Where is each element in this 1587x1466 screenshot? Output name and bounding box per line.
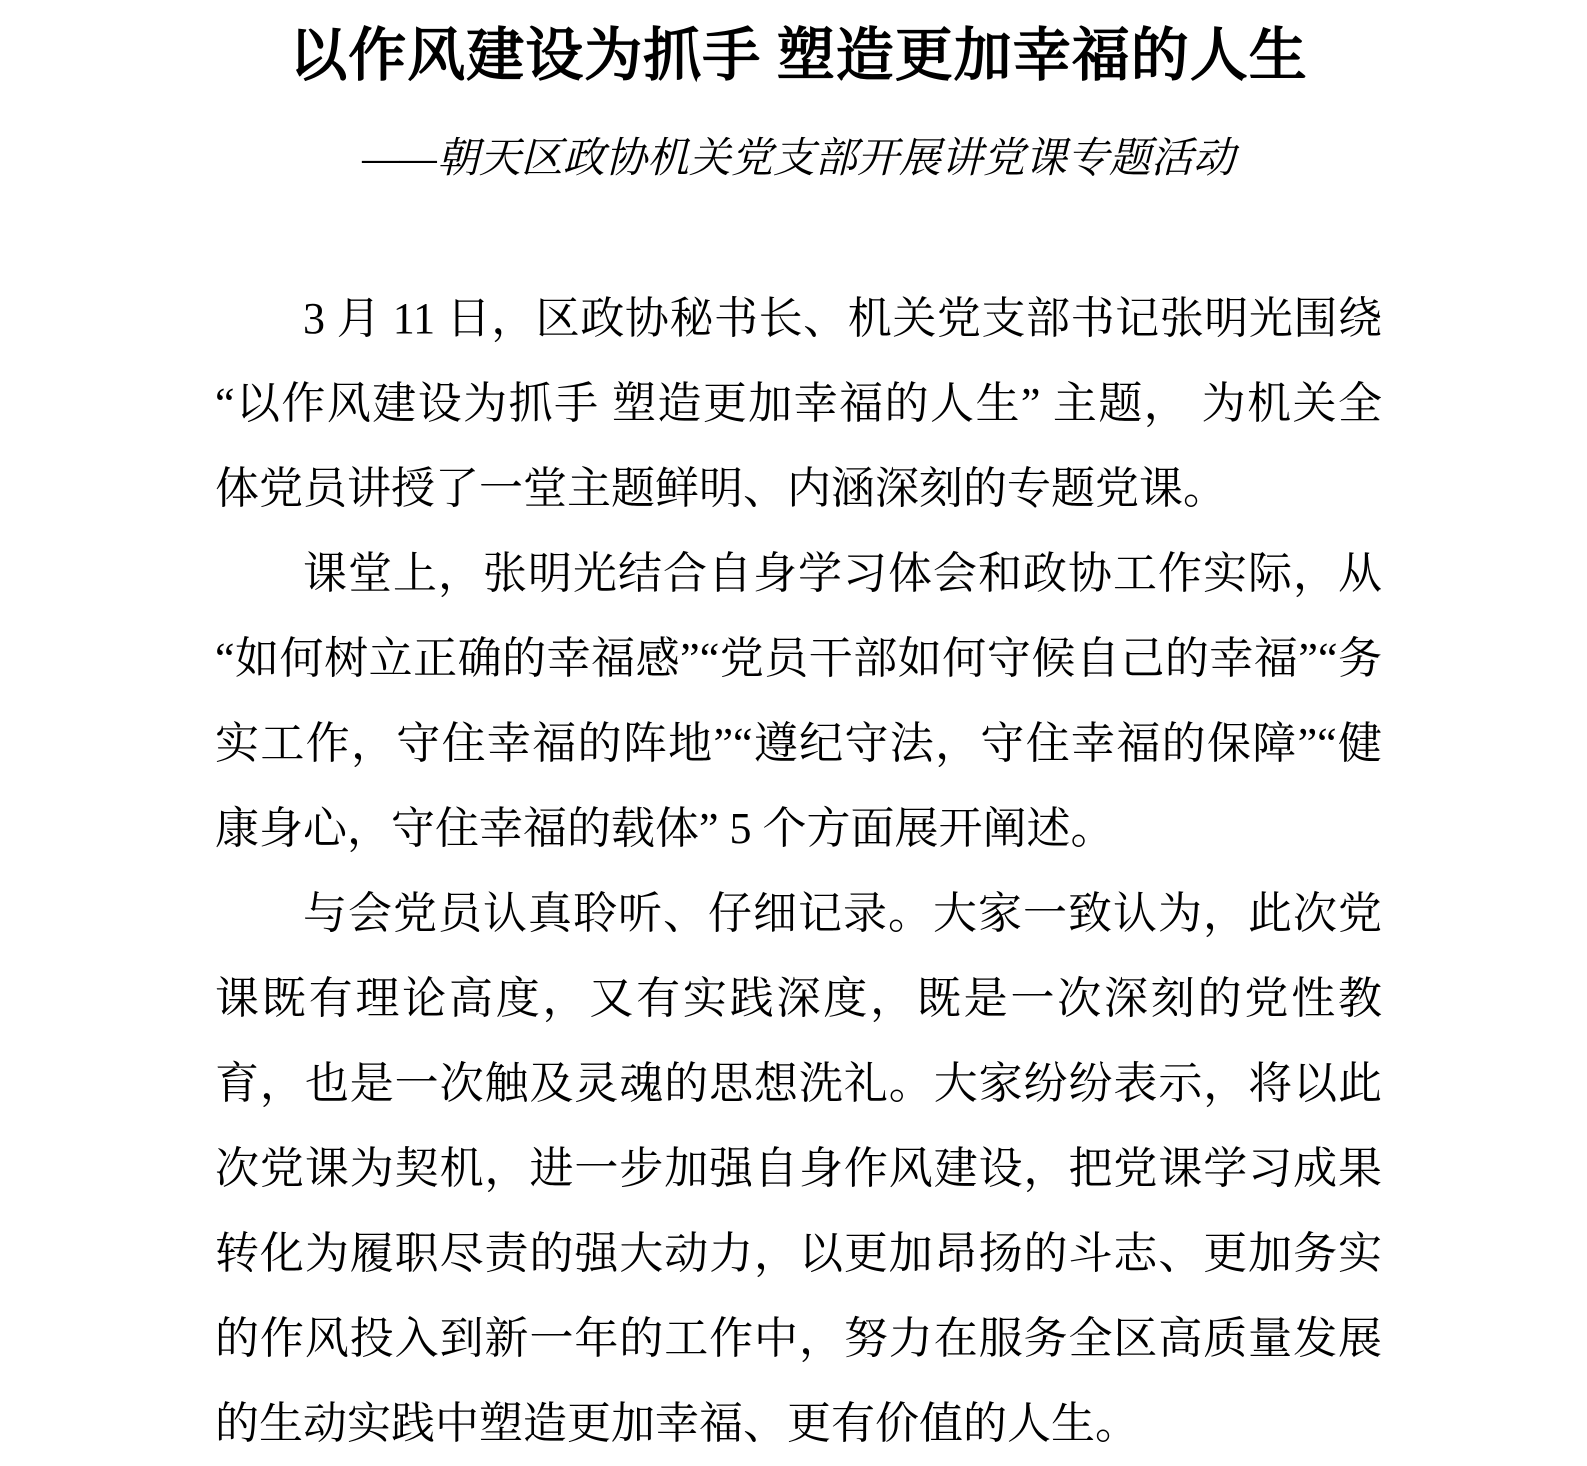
paragraph-1: 3 月 11 日，区政协秘书长、机关党支部书记张明光围绕“以作风建设为抓手 塑造…	[215, 276, 1382, 531]
document-subtitle: ——朝天区政协机关党支部开展讲党课专题活动	[215, 128, 1382, 190]
paragraph-2: 课堂上，张明光结合自身学习体会和政协工作实际，从“如何树立正确的幸福感”“党员干…	[215, 531, 1382, 871]
document-title: 以作风建设为抓手 塑造更加幸福的人生	[215, 8, 1382, 104]
document-page: 以作风建设为抓手 塑造更加幸福的人生 ——朝天区政协机关党支部开展讲党课专题活动…	[0, 0, 1587, 1466]
article-body: 3 月 11 日，区政协秘书长、机关党支部书记张明光围绕“以作风建设为抓手 塑造…	[215, 276, 1382, 1466]
paragraph-3: 与会党员认真聆听、仔细记录。大家一致认为，此次党课既有理论高度，又有实践深度，既…	[215, 871, 1382, 1466]
